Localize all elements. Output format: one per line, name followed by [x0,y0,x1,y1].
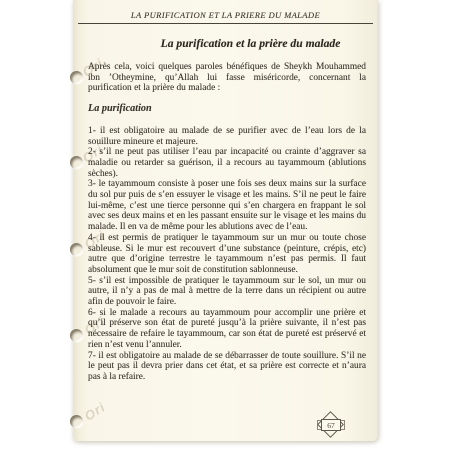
list-item: 7- il est obligatoire au malade de se dé… [88,351,366,383]
list-item: 6- si le malade a recours au tayammoum p… [88,308,366,351]
list-item: 2- s’il ne peut pas utiliser l’eau par i… [88,147,366,179]
chapter-title: La purification et la prière du malade [128,37,373,50]
scanned-page: Ori Ori Ori Ori Ori LA PURIFICATION ET L… [73,0,378,441]
page-number: 67 [321,419,341,431]
binding-hole [70,329,83,342]
binding-hole [70,243,83,256]
binding-hole [70,156,83,169]
list-item: 3- le tayammoum consiste à poser une foi… [88,179,366,233]
page-number-ornament: 67 [317,411,345,439]
list-item: 5- s’il est impossible de pratiquer le t… [88,276,366,308]
intro-paragraph: Après cela, voici quelques paroles bénéf… [88,62,366,94]
book-page-photo: Ori Ori Ori Ori Ori LA PURIFICATION ET L… [0,0,450,450]
list-item: 4- il est permis de pratiquer le tayammo… [88,233,366,276]
list-item: 1- il est obligatoire au malade de se pu… [88,126,366,147]
page-body: Après cela, voici quelques paroles bénéf… [88,62,366,383]
binding-hole [70,415,83,428]
binding-hole [70,71,83,84]
watermark: Ori [82,399,108,423]
section-heading: La purification [88,104,366,115]
running-header: LA PURIFICATION ET LA PRIERE DU MALADE [78,10,373,24]
